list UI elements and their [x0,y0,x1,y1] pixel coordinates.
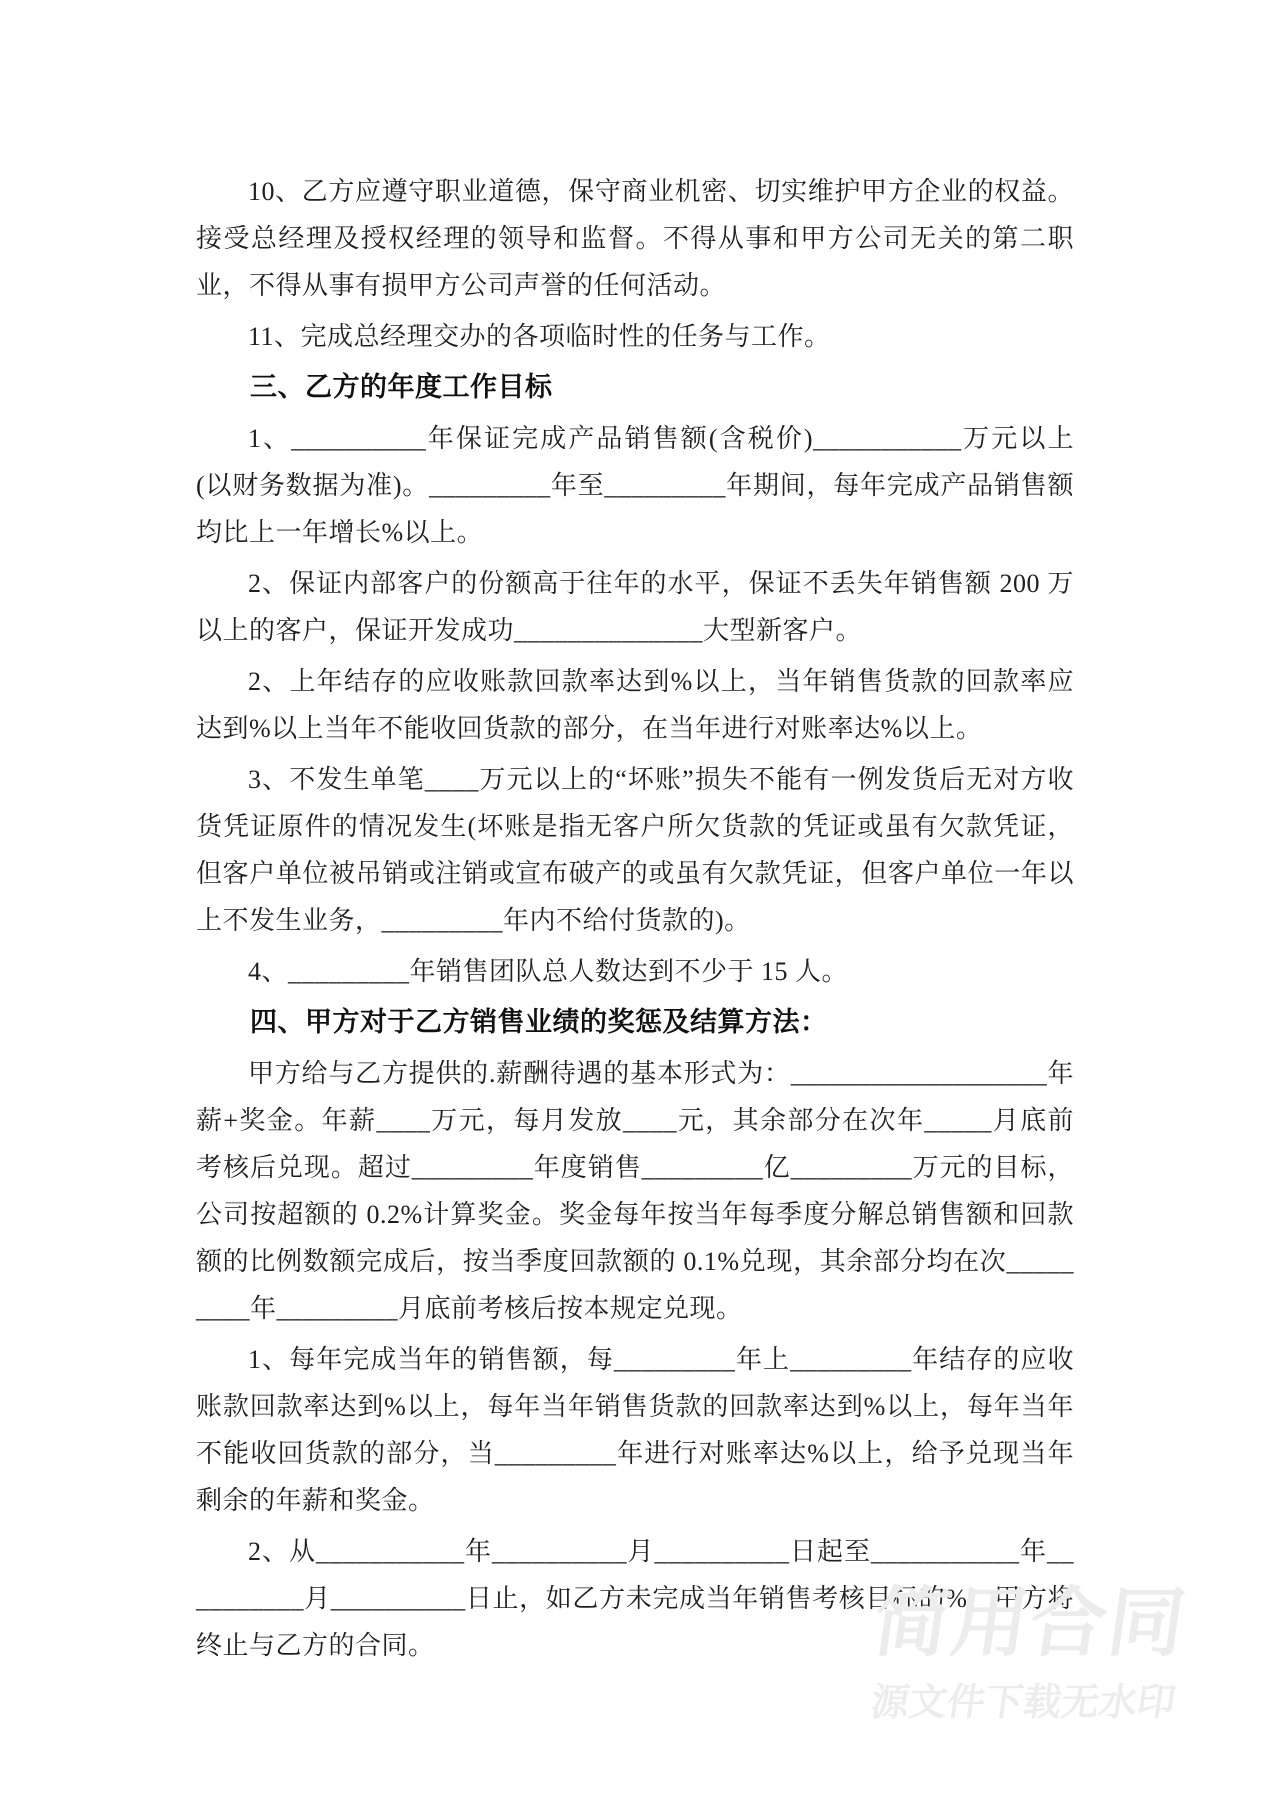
paragraph: 2、从___________年__________月__________日起至_… [196,1528,1074,1669]
paragraph: 2、保证内部客户的份额高于往年的水平，保证不丢失年销售额 200 万以上的客户，… [196,560,1074,654]
paragraph: 甲方给与乙方提供的.薪酬待遇的基本形式为：___________________… [196,1050,1074,1332]
paragraph: 10、乙方应遵守职业道德，保守商业机密、切实维护甲方企业的权益。接受总经理及授权… [196,168,1074,309]
section-heading: 四、甲方对于乙方销售业绩的奖惩及结算方法： [196,999,1074,1046]
paragraph: 3、不发生单笔____万元以上的“坏账”损失不能有一例发货后无对方收货凭证原件的… [196,756,1074,944]
paragraph: 2、上年结存的应收账款回款率达到%以上，当年销售货款的回款率应达到%以上当年不能… [196,658,1074,752]
paragraph: 1、__________年保证完成产品销售额(含税价)___________万元… [196,415,1074,556]
contract-body: 10、乙方应遵守职业道德，保守商业机密、切实维护甲方企业的权益。接受总经理及授权… [196,168,1074,1669]
contract-page: 10、乙方应遵守职业道德，保守商业机密、切实维护甲方企业的权益。接受总经理及授权… [0,0,1280,1810]
paragraph: 11、完成总经理交办的各项临时性的任务与工作。 [196,313,1074,360]
section-heading: 三、乙方的年度工作目标 [196,364,1074,411]
paragraph: 4、_________年销售团队总人数达到不少于 15 人。 [196,948,1074,995]
paragraph: 1、每年完成当年的销售额，每_________年上_________年结存的应收… [196,1336,1074,1524]
